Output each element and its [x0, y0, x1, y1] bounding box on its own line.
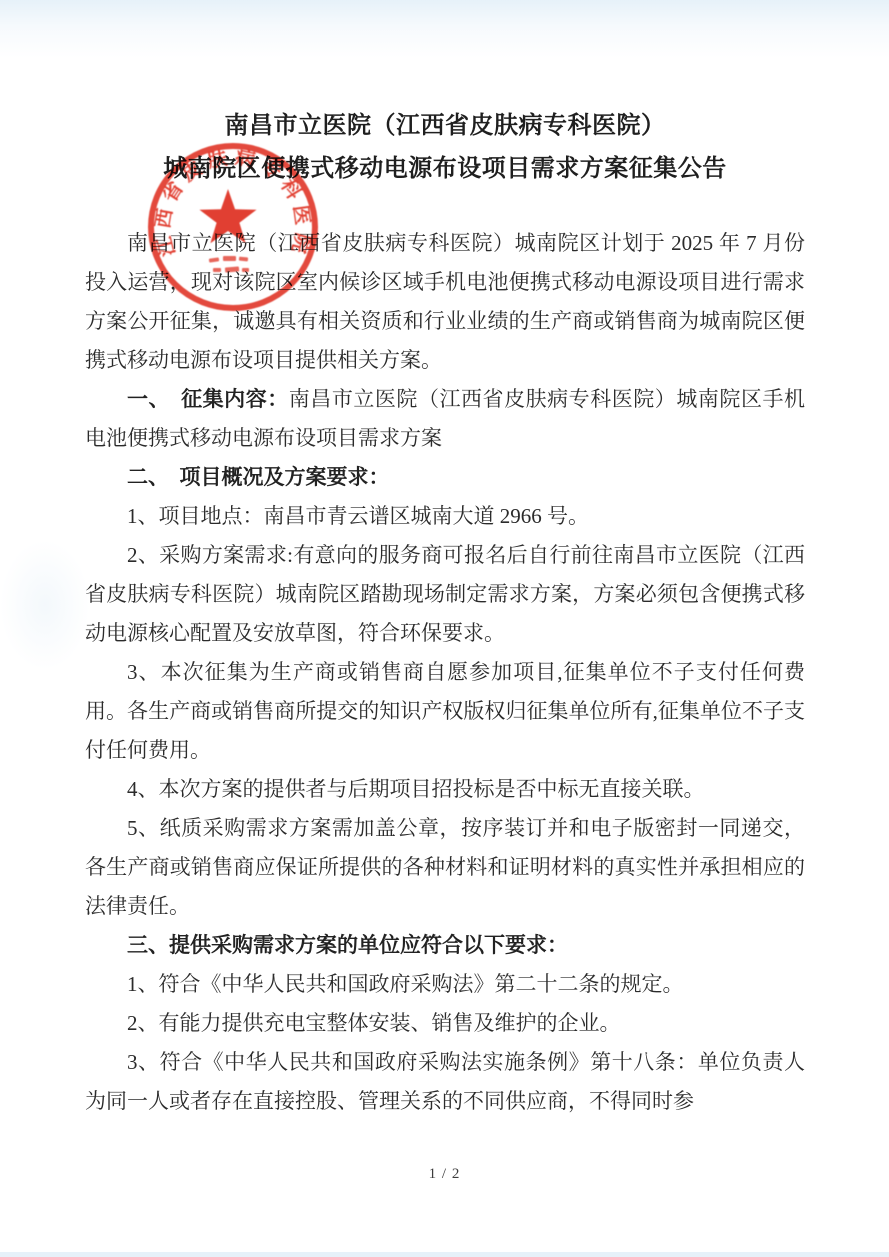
paragraph-text: 5、纸质采购需求方案需加盖公章，按序装订并和电子版密封一同递交，各生产商或销售商…: [85, 816, 805, 918]
paragraph-label: 二、 项目概况及方案要求：: [127, 465, 390, 489]
document-paragraph: 4、本次方案的提供者与后期项目招投标是否中标无直接关联。: [85, 770, 805, 809]
document-paragraph: 1、项目地点：南昌市青云谱区城南大道 2966 号。: [85, 497, 805, 536]
scan-artifact-left: [0, 540, 90, 670]
paragraph-text: 南昌市立医院（江西省皮肤病专科医院）城南院区计划于 2025 年 7 月份投入运…: [85, 231, 805, 372]
document-body: 南昌市立医院（江西省皮肤病专科医院）城南院区计划于 2025 年 7 月份投入运…: [85, 224, 805, 1121]
paragraph-text: 2、有能力提供充电宝整体安装、销售及维护的企业。: [127, 1011, 621, 1035]
paragraph-text: 3、本次征集为生产商或销售商自愿参加项目,征集单位不子支付任何费用。各生产商或销…: [85, 660, 805, 762]
paragraph-text: 4、本次方案的提供者与后期项目招投标是否中标无直接关联。: [127, 777, 705, 801]
paragraph-label: 三、提供采购需求方案的单位应符合以下要求：: [127, 933, 568, 957]
document-paragraph: 3、符合《中华人民共和国政府采购法实施条例》第十八条：单位负责人为同一人或者存在…: [85, 1043, 805, 1121]
paragraph-text: 1、符合《中华人民共和国政府采购法》第二十二条的规定。: [127, 972, 684, 996]
page-number: 1 / 2: [0, 1166, 889, 1183]
document-page: 南昌市立医院（江西省皮肤病专科医院） 城南院区便携式移动电源布设项目需求方案征集…: [0, 0, 889, 1257]
paragraph-text: 3、符合《中华人民共和国政府采购法实施条例》第十八条：单位负责人为同一人或者存在…: [85, 1050, 805, 1113]
document-paragraph: 2、有能力提供充电宝整体安装、销售及维护的企业。: [85, 1004, 805, 1043]
document-title-line2: 城南院区便携式移动电源布设项目需求方案征集公告: [85, 148, 805, 191]
document-paragraph: 一、 征集内容：南昌市立医院（江西省皮肤病专科医院）城南院区手机电池便携式移动电…: [85, 380, 805, 458]
document-title-line1: 南昌市立医院（江西省皮肤病专科医院）: [85, 105, 805, 148]
document-paragraph: 1、符合《中华人民共和国政府采购法》第二十二条的规定。: [85, 965, 805, 1004]
document-paragraph: 5、纸质采购需求方案需加盖公章，按序装订并和电子版密封一同递交，各生产商或销售商…: [85, 809, 805, 926]
document-paragraph: 三、提供采购需求方案的单位应符合以下要求：: [85, 926, 805, 965]
paragraph-text: 2、采购方案需求:有意向的服务商可报名后自行前往南昌市立医院（江西省皮肤病专科医…: [85, 543, 805, 645]
document-content: 南昌市立医院（江西省皮肤病专科医院） 城南院区便携式移动电源布设项目需求方案征集…: [85, 0, 805, 1121]
document-paragraph: 3、本次征集为生产商或销售商自愿参加项目,征集单位不子支付任何费用。各生产商或销…: [85, 653, 805, 770]
paragraph-label: 一、 征集内容：: [127, 387, 289, 411]
paragraph-text: 1、项目地点：南昌市青云谱区城南大道 2966 号。: [127, 504, 589, 528]
document-paragraph: 2、采购方案需求:有意向的服务商可报名后自行前往南昌市立医院（江西省皮肤病专科医…: [85, 536, 805, 653]
document-paragraph: 南昌市立医院（江西省皮肤病专科医院）城南院区计划于 2025 年 7 月份投入运…: [85, 224, 805, 380]
scan-artifact-bottom: [0, 1252, 889, 1257]
document-paragraph: 二、 项目概况及方案要求：: [85, 458, 805, 497]
